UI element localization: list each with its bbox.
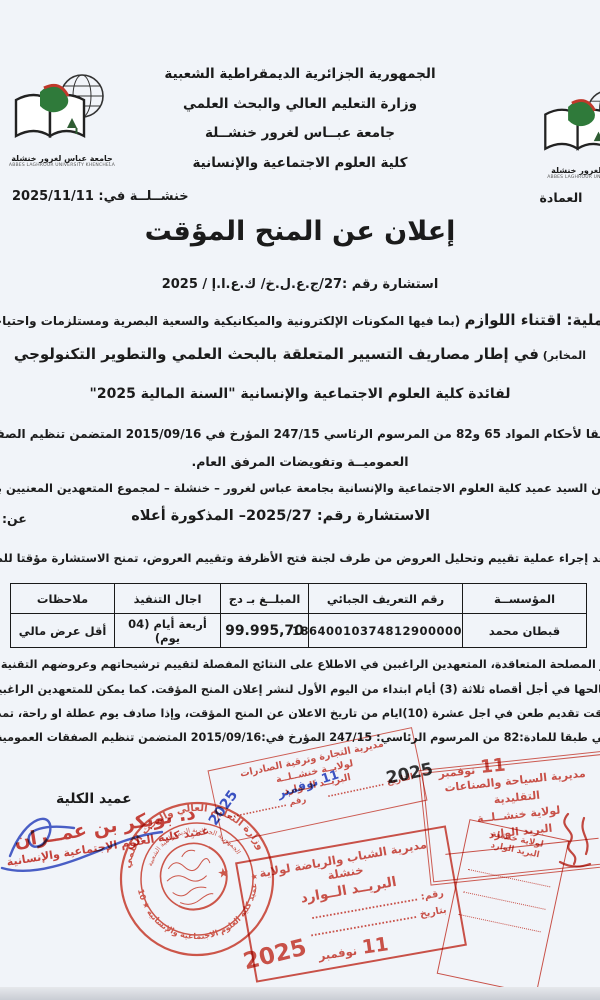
operation-line-2: المخابر) في إطار مصاريف التسيير المتعلقة… xyxy=(0,345,600,363)
col-company: المؤسســة xyxy=(463,584,587,614)
consultation-reference: استشارة رقم :27/ج.ع.ل.خ/ ك.ع.ا.إ / 2025 xyxy=(0,277,600,292)
header-line-university: جامعة عبــاس لغرور خنشــلة xyxy=(100,119,500,149)
deanship-label: العمادة xyxy=(522,190,600,205)
header-line-faculty: كلية العلوم الاجتماعية والإنسانية xyxy=(100,149,500,179)
document-page: الجمهورية الجزائرية الديمقراطية الشعبية … xyxy=(0,0,600,1000)
page-title: إعلان عن المنح المؤقت xyxy=(0,216,600,247)
red-date-day: 11 xyxy=(479,755,506,779)
operation-labs: المخابر) xyxy=(539,349,586,362)
operation-rest: (بما فيها المكونات الإلكترونية والميكاني… xyxy=(0,314,464,328)
scan-edge-shadow xyxy=(0,987,600,1000)
award-table: المؤسســة رقم التعريف الجبائي المبلــغ ب… xyxy=(10,583,587,648)
logo-right-caption-ar: عباس لغرور خنشلة xyxy=(534,166,600,175)
bottom-date-month: نوفمبر xyxy=(318,944,358,963)
col-nif: رقم التعريف الجبائي xyxy=(309,584,463,614)
closing-line-1: تدعو المصلحة المتعاقدة، المتعهدين الراغب… xyxy=(0,658,600,671)
emblem-star-icon: ★ xyxy=(217,866,231,882)
university-logo-right-icon xyxy=(537,86,600,162)
decree-line-2: العموميــة وتفويضات المرفق العام. xyxy=(0,454,600,469)
table-header-row: المؤسســة رقم التعريف الجبائي المبلــغ ب… xyxy=(11,584,587,614)
red-date-month: نوفمبر xyxy=(438,764,476,781)
closing-line-4: موالي طبقا للمادة:82 من المرسوم الرئاسي:… xyxy=(0,731,600,744)
university-logo-right: عباس لغرور خنشلة ABBES LAGHROUR UNIVERSI… xyxy=(534,86,600,180)
cell-duration: أربعة أيام (04 يوم) xyxy=(115,614,221,648)
cell-amount: 99.995,70 xyxy=(221,614,309,648)
closing-line-2: بمصالحها في أجل أقصاه ثلاثة (3) أيام ابت… xyxy=(0,683,600,696)
decree-line-1: تطبيقا لأحكام المواد 65 و82 من المرسوم ا… xyxy=(0,427,600,441)
cell-note: أقل عرض مالي xyxy=(11,614,115,648)
place-date-line: خنشــلــة في: 2025/11/11 xyxy=(12,189,189,204)
logo-left-caption-en: ABBES LAGHROUR UNIVERSITY KHENCHELA xyxy=(4,163,120,168)
announce-line: يعــلن السيد عميد كلية العلوم الاجتماعية… xyxy=(0,481,600,495)
col-duration: اجال التنفيذ xyxy=(115,584,221,614)
award-intro-line: نه بعد إجراء عملية تقييم وتحليل العروض م… xyxy=(0,551,600,565)
operation-lead: العملية: اقتناء اللوازم xyxy=(464,311,600,329)
operation-line-1: العملية: اقتناء اللوازم (بما فيها المكون… xyxy=(0,311,600,329)
header-line-ministry: وزارة التعليم العالي والبحث العلمي xyxy=(100,90,500,120)
university-logo-left-icon xyxy=(10,70,114,150)
col-notes: ملاحظات xyxy=(11,584,115,614)
operation-frame: في إطار مصاريف التسيير المتعلقة بالبحث ا… xyxy=(14,345,539,363)
table-row: قبطان محمد 18640010374812900000 99.995,7… xyxy=(11,614,587,648)
operation-line-3: لفائدة كلية العلوم الاجتماعية والإنسانية… xyxy=(0,386,600,402)
cell-company: قبطان محمد xyxy=(463,614,587,648)
announce-about: عن: xyxy=(2,511,27,526)
logo-left-caption-ar: جامعة عباس لغرور خنشلة xyxy=(4,154,120,163)
logo-right-caption-en: ABBES LAGHROUR UNIVERSITY KH xyxy=(534,175,600,180)
header-line-republic: الجمهورية الجزائرية الديمقراطية الشعبية xyxy=(100,60,500,90)
closing-line-3: المؤقت تقديم طعن في اجل عشرة (10)ايام من… xyxy=(0,707,600,720)
col-amount: المبلــغ بـ دج xyxy=(221,584,309,614)
bottom-date-day: 11 xyxy=(361,933,390,958)
header-block: الجمهورية الجزائرية الديمقراطية الشعبية … xyxy=(100,60,500,178)
cell-nif: 18640010374812900000 xyxy=(309,614,463,648)
university-logo-left: جامعة عباس لغرور خنشلة ABBES LAGHROUR UN… xyxy=(4,70,120,168)
announce-reference: الاستشارة رقم: 2025/27– المذكورة أعلاه xyxy=(150,508,430,524)
